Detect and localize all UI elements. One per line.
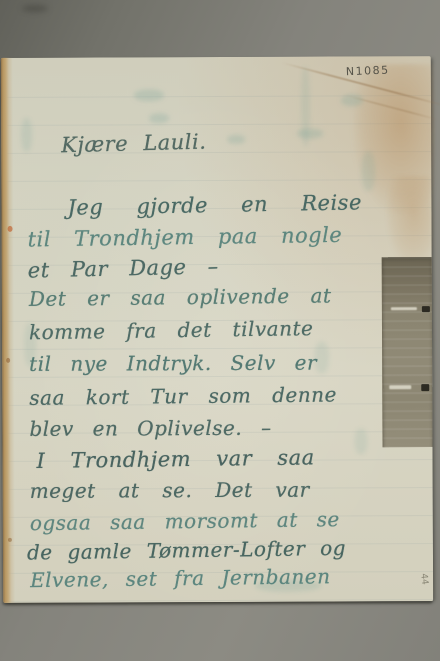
tape-strip — [382, 257, 433, 447]
letter-line: til Trondhjem paa nogle — [27, 223, 342, 252]
letter-line: ogsaa saa morsomt at se — [30, 507, 340, 535]
background-smudge — [22, 5, 48, 12]
letter-paper: N1085 Kjære Lauli. Jeg gjorde en Reise t… — [1, 56, 433, 603]
paper-edge-speck — [6, 358, 10, 363]
paper-edge-speck — [8, 226, 13, 232]
letter-line: saa kort Tur som denne — [29, 382, 337, 409]
corner-mark: 44 — [418, 573, 429, 585]
ink-showthrough-mark — [227, 135, 245, 144]
letter-line: Jeg gjorde en Reise — [67, 190, 362, 219]
tape-scratch — [391, 307, 417, 310]
letter-line: de gamle Tømmer-Lofter og — [27, 536, 346, 565]
paper-edge-speck — [8, 538, 12, 542]
paper-stain — [386, 176, 431, 266]
ink-showthrough-mark — [134, 89, 164, 101]
ink-showthrough-mark — [341, 94, 363, 106]
letter-line: til nye Indtryk. Selv er — [29, 351, 317, 376]
letter-line: Elvene, set fra Jernbanen — [30, 564, 331, 592]
letter-line: I Trondhjem var saa — [36, 445, 314, 473]
ink-showthrough-mark — [301, 67, 310, 147]
letter-line: et Par Dage – — [27, 254, 218, 282]
paper-binding-edge — [1, 58, 15, 603]
archive-number: N1085 — [346, 63, 390, 78]
salutation-line: Kjære Lauli. — [61, 130, 207, 158]
letter-photograph: N1085 Kjære Lauli. Jeg gjorde en Reise t… — [0, 0, 440, 661]
tape-scratch — [389, 385, 411, 389]
letter-line: meget at se. Det var — [30, 478, 310, 503]
ink-showthrough-mark — [149, 113, 169, 123]
ink-showthrough-mark — [354, 428, 367, 454]
tape-dark-spot — [422, 306, 430, 312]
letter-line: Det er saa oplivende at — [29, 283, 332, 310]
ink-showthrough-mark — [21, 118, 32, 152]
letter-line: komme fra det tilvante — [29, 316, 314, 344]
tape-dark-spot — [421, 384, 429, 391]
ink-showthrough-mark — [361, 151, 375, 191]
letter-line: blev en Oplivelse. – — [29, 416, 271, 441]
